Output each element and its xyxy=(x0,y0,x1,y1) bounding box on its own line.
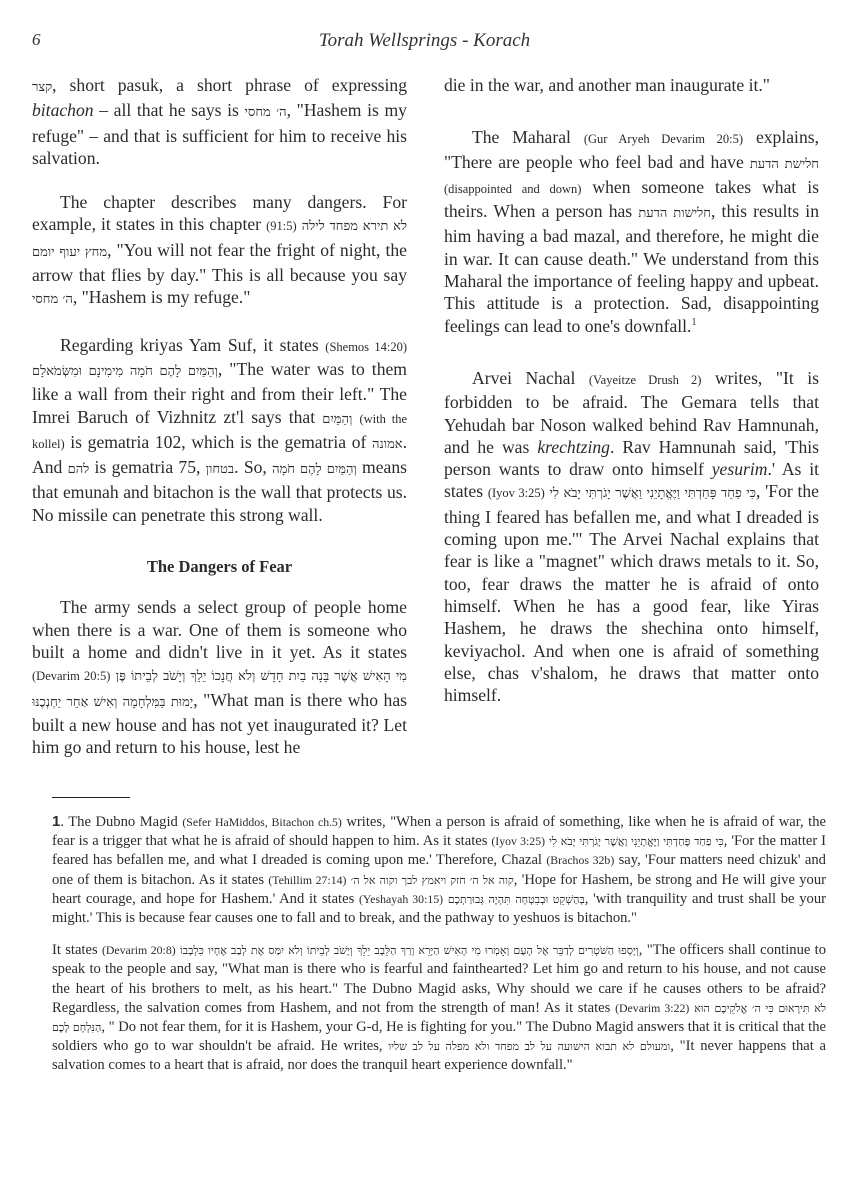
footnote-1: 1. The Dubno Magid (Sefer HaMiddos, Bita… xyxy=(52,812,826,928)
section-heading: The Dangers of Fear xyxy=(32,556,407,578)
source-citation: (Brachos 32b) xyxy=(546,853,614,867)
paragraph: Regarding kriyas Yam Suf, it states (She… xyxy=(32,334,407,526)
source-citation: (Yeshayah 30:15) xyxy=(359,892,443,906)
hebrew-text: וְהַמַּיִם לָהֶם חֹמָה מִימִינָם וּמִשְּ… xyxy=(32,364,218,379)
hebrew-text: ומעולם לא תבוא הישועה על לב מפחד ולא מפל… xyxy=(388,1040,670,1053)
hebrew-text: בְּהַשְׁקֵט וּבְבִטְחָה תִּהְיֶה גְּבוּר… xyxy=(448,893,585,906)
hebrew-text: וְהַמַּיִם xyxy=(322,412,352,427)
paragraph: The Maharal (Gur Aryeh Devarim 20:5) exp… xyxy=(444,126,819,337)
hebrew-text: חלישת הדעת xyxy=(750,157,819,172)
source-citation: (Devarim 20:8) xyxy=(102,943,176,957)
source-citation: (91:5) xyxy=(266,219,297,233)
source-citation: (Gur Aryeh Devarim 20:5) xyxy=(584,132,743,146)
hebrew-text: אמונה xyxy=(372,437,403,452)
source-citation: (Devarim 3:22) xyxy=(615,1001,689,1015)
source-citation: (Iyov 3:25) xyxy=(491,834,545,848)
source-citation: (Vayeitze Drush 2) xyxy=(589,373,702,387)
paragraph-continued: die in the war, and another man inaugura… xyxy=(444,74,819,96)
source-citation: (Iyov 3:25) xyxy=(488,486,545,500)
source-citation: (Sefer HaMiddos, Bitachon ch.5) xyxy=(182,815,342,829)
footnotes: 1. The Dubno Magid (Sefer HaMiddos, Bita… xyxy=(52,812,826,1089)
paragraph: The chapter describes many dangers. For … xyxy=(32,191,407,311)
hebrew-text: ה׳ מחסי xyxy=(245,105,287,120)
hebrew-text: וְהַמַּיִם לָהֶם חֹמָה xyxy=(272,462,357,477)
italic-term: krechtzing xyxy=(537,437,610,457)
italic-term: yesurim xyxy=(712,459,768,479)
running-title: Torah Wellsprings - Korach xyxy=(0,30,849,52)
hebrew-text: כִּי פַחַד פָּחַדְתִּי וַיֶּאֱתָיֵנִי וַ… xyxy=(549,486,756,501)
hebrew-text: חלישות הדעת xyxy=(638,206,711,221)
paragraph: Arvei Nachal (Vayeitze Drush 2) writes, … xyxy=(444,367,819,706)
footnote-separator xyxy=(52,797,130,798)
source-citation: (disappointed and down) xyxy=(444,182,581,196)
footnote-reference[interactable]: 1 xyxy=(691,317,696,328)
hebrew-text: כִּי פַחַד פָּחַדְתִּי וַיֶּאֱתָיֵנִי וַ… xyxy=(549,835,724,848)
source-citation: (Shemos 14:20) xyxy=(325,340,407,354)
hebrew-text: קצר xyxy=(32,80,52,95)
hebrew-text: להם xyxy=(68,462,90,477)
hebrew-text: קוה אל ה׳ חזק ויאמץ לבך וקוה אל ה׳ xyxy=(351,874,514,887)
italic-term: bitachon xyxy=(32,100,94,120)
footnote-1-continued: It states (Devarim 20:8) וְיָסְפוּ הַשֹּ… xyxy=(52,941,826,1075)
right-column: die in the war, and another man inaugura… xyxy=(444,74,819,728)
source-citation: (Tehillim 27:14) xyxy=(268,873,346,887)
source-citation: (Devarim 20:5) xyxy=(32,669,110,683)
paragraph: קצר, short pasuk, a short phrase of expr… xyxy=(32,74,407,169)
paragraph: The army sends a select group of people … xyxy=(32,596,407,758)
hebrew-text: וְיָסְפוּ הַשֹּׁטְרִים לְדַבֵּר אֶל הָעָ… xyxy=(180,944,639,957)
left-column: קצר, short pasuk, a short phrase of expr… xyxy=(32,74,407,780)
hebrew-text: ה׳ מחסי xyxy=(32,292,73,307)
hebrew-text: בטחון xyxy=(206,462,234,477)
